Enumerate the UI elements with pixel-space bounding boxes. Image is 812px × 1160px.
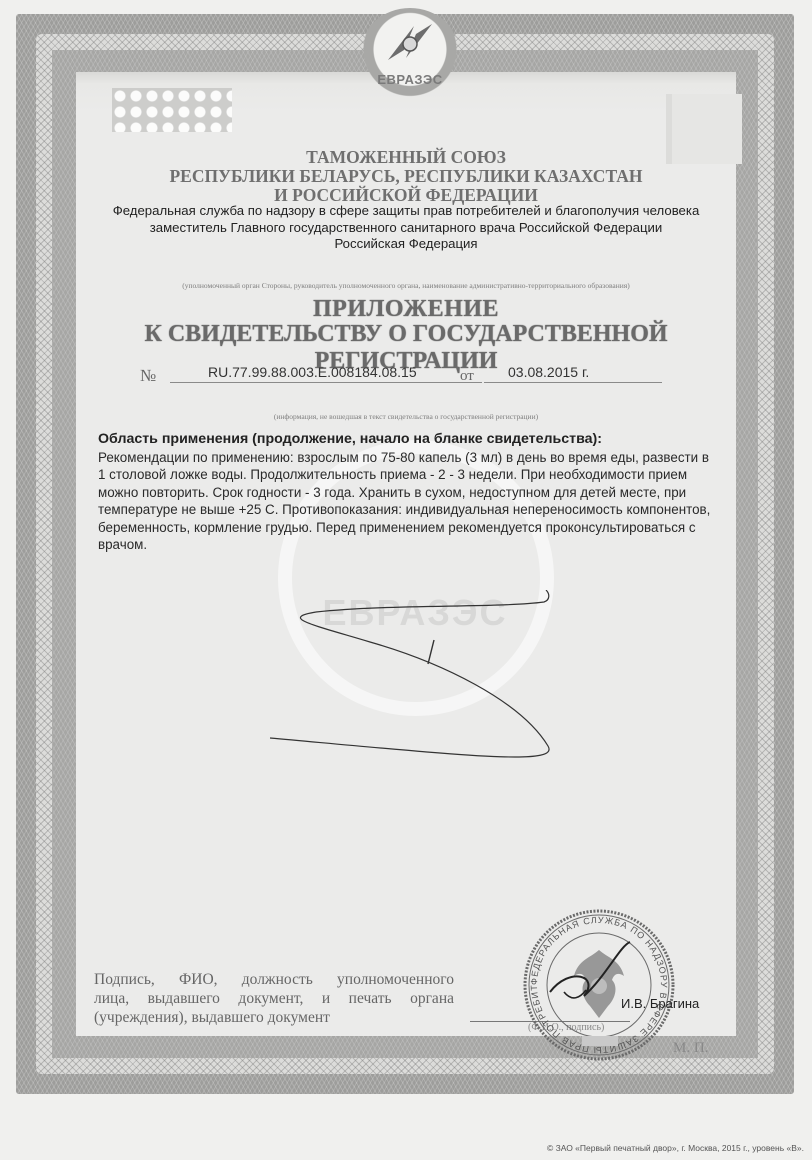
seal-label: М. П. xyxy=(673,1040,708,1057)
union-line: ТАМОЖЕННЫЙ СОЮЗ xyxy=(76,148,736,167)
signature-caption-line: Подпись, ФИО, должность уполномоченного xyxy=(94,970,454,989)
signature-caption-line: (учреждения), выдавшего документ xyxy=(94,1008,454,1027)
agency-line: Федеральная служба по надзору в сфере за… xyxy=(76,203,736,220)
signature-caption-line: лица, выдавшего документ, и печать орган… xyxy=(94,989,454,1008)
union-line: РЕСПУБЛИКИ БЕЛАРУСЬ, РЕСПУБЛИКИ КАЗАХСТА… xyxy=(76,167,736,186)
hologram-strip xyxy=(112,88,232,132)
evrazes-logo-icon xyxy=(384,20,436,64)
info-caption: (информация, не вошедшая в текст свидете… xyxy=(76,412,736,421)
scope-section: Область применения (продолжение, начало … xyxy=(98,431,720,553)
handwritten-signature xyxy=(270,590,570,760)
signer-name: И.В. Брагина xyxy=(621,996,699,1011)
date-label: от xyxy=(460,368,474,385)
scope-text: Рекомендации по применению: взрослым по … xyxy=(98,449,720,553)
authority-caption: (уполномоченный орган Стороны, руководит… xyxy=(76,281,736,290)
issuing-agency: Федеральная служба по надзору в сфере за… xyxy=(76,203,736,253)
registration-date: 03.08.2015 г. xyxy=(484,364,662,383)
customs-union-heading: ТАМОЖЕННЫЙ СОЮЗ РЕСПУБЛИКИ БЕЛАРУСЬ, РЕС… xyxy=(76,148,736,205)
number-label: № xyxy=(140,366,156,386)
document-title: ПРИЛОЖЕНИЕ xyxy=(76,296,736,323)
scope-heading: Область применения (продолжение, начало … xyxy=(98,431,720,447)
agency-line: Российская Федерация xyxy=(76,236,736,253)
printer-imprint: © ЗАО «Первый печатный двор», г. Москва,… xyxy=(547,1143,804,1153)
agency-line: заместитель Главного государственного са… xyxy=(76,220,736,237)
emblem-label: ЕВРАЗЭС xyxy=(362,72,458,87)
registration-number: RU.77.99.88.003.E.008184.08.15 xyxy=(170,364,482,383)
signature-caption: Подпись, ФИО, должность уполномоченного … xyxy=(94,970,454,1027)
official-stamp-icon: ФЕДЕРАЛЬНАЯ СЛУЖБА ПО НАДЗОРУ В СФЕРЕ ЗА… xyxy=(520,906,678,1064)
